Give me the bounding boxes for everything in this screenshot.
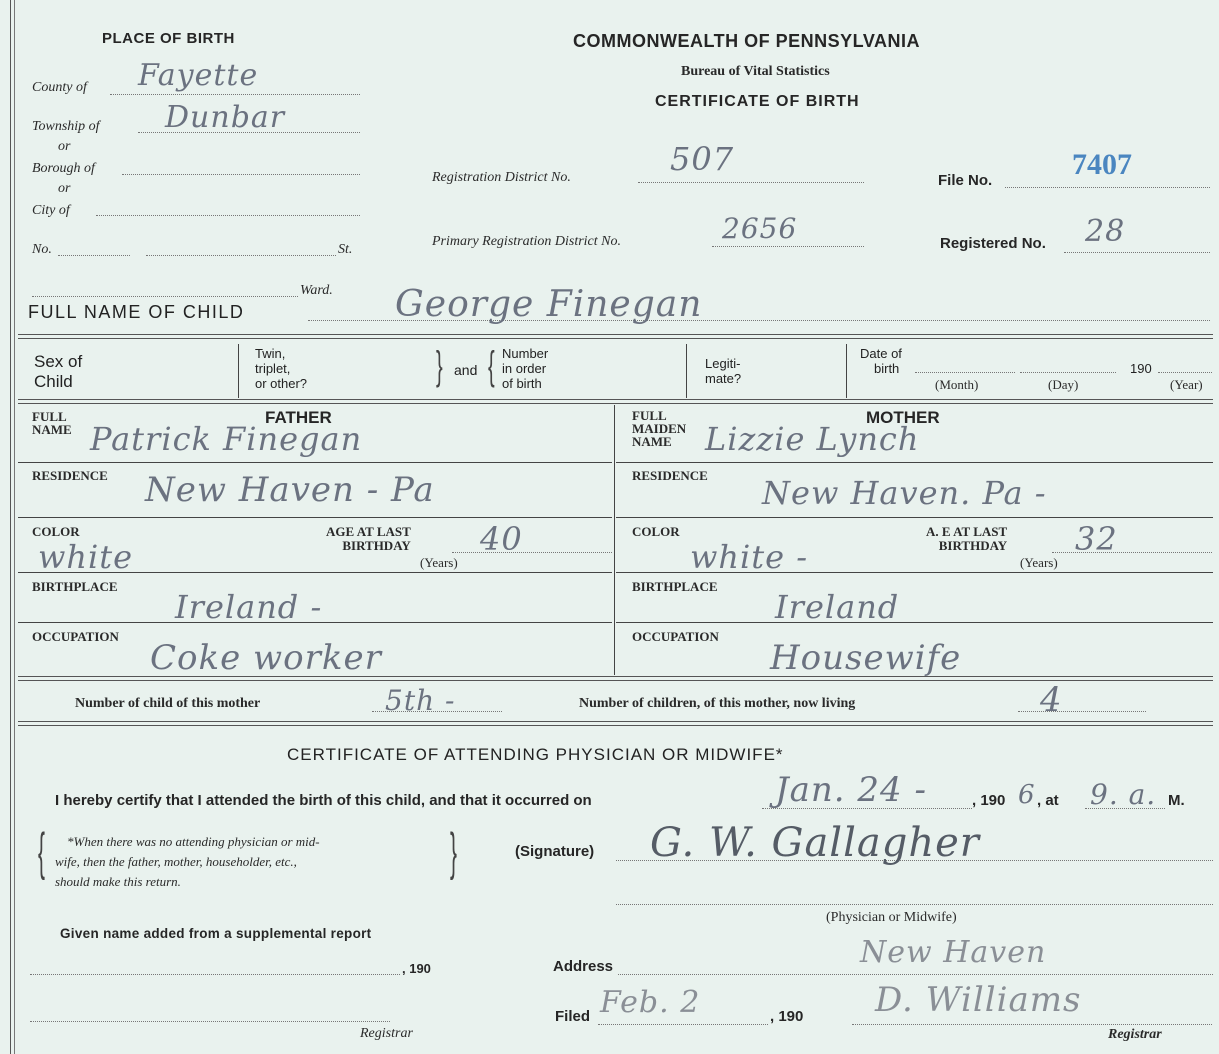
children-living-line	[1018, 711, 1146, 712]
right-brace-icon: }	[450, 826, 457, 878]
row-divider	[18, 462, 612, 463]
mother-color-value[interactable]: white -	[690, 538, 808, 576]
certificate-title: CERTIFICATE OF BIRTH	[655, 93, 860, 111]
no-physician-note: *When there was no attending physician o…	[55, 832, 320, 892]
father-birthplace-label: BIRTHPLACE	[32, 579, 118, 595]
primary-district-line	[712, 246, 864, 247]
registrar-caption: Registrar	[1108, 1027, 1162, 1043]
column-divider	[238, 344, 239, 398]
filed-date-value[interactable]: Feb. 2	[600, 985, 700, 1020]
section-divider	[18, 721, 1213, 726]
birth-time-value[interactable]: 9. a.	[1090, 778, 1156, 811]
dob-month-line[interactable]	[915, 372, 1015, 373]
mother-age-value[interactable]: 32	[1075, 520, 1118, 558]
mother-residence-value[interactable]: New Haven. Pa -	[762, 474, 1047, 512]
section-divider	[18, 399, 1213, 404]
registration-district-label: Registration District No.	[432, 170, 571, 186]
registration-district-line	[638, 182, 864, 183]
physician-address-value[interactable]: New Haven	[860, 935, 1046, 970]
physician-certificate-heading: CERTIFICATE OF ATTENDING PHYSICIAN OR MI…	[287, 745, 784, 765]
filed-label: Filed	[555, 1008, 590, 1025]
children-living-label: Number of children, of this mother, now …	[579, 696, 855, 712]
street-number-line[interactable]	[58, 255, 130, 256]
child-number-value[interactable]: 5th -	[385, 684, 455, 717]
father-residence-value[interactable]: New Haven - Pa	[145, 470, 435, 510]
section-divider	[18, 334, 1213, 339]
ward-label: Ward.	[300, 283, 333, 299]
filed-year-prefix: , 190	[770, 1008, 803, 1025]
bureau-name: Bureau of Vital Statistics	[681, 64, 830, 80]
father-occupation-label: OCCUPATION	[32, 629, 119, 645]
legitimate-label: Legiti-mate?	[705, 356, 741, 386]
date-of-birth-label: Date ofbirth	[860, 346, 902, 376]
father-age-label: AGE AT LASTBIRTHDAY	[326, 525, 411, 553]
year-caption: (Year)	[1170, 377, 1203, 393]
physician-role-caption: (Physician or Midwife)	[826, 910, 957, 926]
address-line	[618, 974, 1213, 975]
mother-age-caption: (Years)	[1020, 555, 1058, 571]
row-divider	[616, 572, 1213, 573]
ward-line[interactable]	[32, 296, 298, 297]
twin-triplet-label: Twin,triplet,or other?	[255, 346, 307, 391]
street-name-line[interactable]	[146, 255, 336, 256]
certify-statement: I hereby certify that I attended the bir…	[55, 792, 592, 809]
father-residence-label: RESIDENCE	[32, 468, 108, 484]
registered-number-value[interactable]: 28	[1085, 214, 1125, 249]
registered-number-line	[1064, 252, 1210, 253]
primary-district-label: Primary Registration District No.	[432, 234, 621, 250]
supplemental-label: Given name added from a supplemental rep…	[60, 926, 371, 941]
day-caption: (Day)	[1048, 377, 1078, 393]
city-line[interactable]	[96, 215, 360, 216]
signature-line-2	[616, 904, 1213, 905]
father-birthplace-value[interactable]: Ireland -	[175, 588, 322, 626]
mother-occupation-label: OCCUPATION	[632, 629, 719, 645]
left-brace-icon: {	[488, 346, 495, 386]
supplemental-registrar-line[interactable]	[30, 1021, 390, 1022]
child-name-value[interactable]: George Finegan	[395, 284, 702, 325]
filed-date-line	[598, 1024, 768, 1025]
at-label: , at	[1037, 792, 1059, 809]
township-label: Township of	[32, 119, 100, 135]
father-age-line	[452, 552, 612, 553]
father-name-value[interactable]: Patrick Finegan	[90, 420, 362, 458]
dob-day-line[interactable]	[1020, 372, 1116, 373]
file-number-stamp[interactable]: 7407	[1072, 148, 1132, 182]
section-divider	[18, 676, 1213, 681]
birth-year-prefix: , 190	[972, 792, 1005, 809]
mother-occupation-value[interactable]: Housewife	[770, 638, 961, 678]
column-divider	[846, 344, 847, 398]
right-brace-icon: }	[436, 346, 443, 386]
column-divider	[686, 344, 687, 398]
supplemental-year-prefix: , 190	[402, 961, 431, 976]
left-brace-icon: {	[38, 826, 45, 878]
street-number-label: No.	[32, 242, 52, 258]
borough-line[interactable]	[122, 174, 360, 175]
birth-date-value[interactable]: Jan. 24 -	[775, 770, 927, 810]
row-divider	[18, 517, 612, 518]
row-divider	[616, 462, 1213, 463]
father-occupation-value[interactable]: Coke worker	[150, 638, 382, 678]
address-label: Address	[553, 958, 613, 975]
physician-signature[interactable]: G. W. Gallagher	[650, 820, 980, 866]
document-title: COMMONWEALTH OF PENNSYLVANIA	[573, 31, 920, 52]
row-divider	[18, 572, 612, 573]
dob-year-prefix: 190	[1130, 361, 1152, 376]
father-full-name-label: FULLNAME	[32, 410, 72, 436]
county-line	[110, 94, 360, 95]
supplemental-name-line[interactable]	[30, 974, 400, 975]
child-number-label: Number of child of this mother	[75, 696, 260, 712]
county-label: County of	[32, 80, 87, 96]
parents-column-divider	[614, 405, 615, 675]
county-value[interactable]: Fayette	[138, 58, 258, 93]
mother-color-label: COLOR	[632, 524, 680, 540]
month-caption: (Month)	[935, 377, 978, 393]
child-name-label: FULL NAME OF CHILD	[28, 302, 244, 323]
meridiem-label: M.	[1168, 792, 1185, 809]
birth-year-value[interactable]: 6	[1018, 780, 1036, 810]
mother-full-maiden-name-label: FULLMAIDENNAME	[632, 409, 686, 448]
registration-district-value[interactable]: 507	[670, 140, 734, 178]
place-of-birth-heading: PLACE OF BIRTH	[102, 30, 235, 47]
birth-order-label: Numberin orderof birth	[502, 346, 548, 391]
signature-label: (Signature)	[515, 843, 594, 860]
or-label: or	[58, 181, 70, 197]
dob-year-line[interactable]	[1158, 372, 1212, 373]
sex-of-child-label: Sex ofChild	[34, 352, 82, 392]
or-label: or	[58, 139, 70, 155]
mother-age-label: A. E AT LASTBIRTHDAY	[926, 525, 1007, 553]
registrar-line	[852, 1024, 1212, 1025]
father-color-value[interactable]: white	[38, 538, 133, 576]
father-age-caption: (Years)	[420, 555, 458, 571]
borough-label: Borough of	[32, 161, 95, 177]
children-living-value[interactable]: 4	[1040, 680, 1063, 720]
and-label: and	[454, 362, 477, 378]
mother-residence-label: RESIDENCE	[632, 468, 708, 484]
city-label: City of	[32, 203, 70, 219]
street-label: St.	[338, 242, 352, 258]
file-number-line	[1005, 187, 1210, 188]
row-divider	[616, 517, 1213, 518]
mother-birthplace-label: BIRTHPLACE	[632, 579, 718, 595]
row-divider	[18, 622, 612, 623]
registrar-signature[interactable]: D. Williams	[875, 980, 1081, 1020]
mother-name-value[interactable]: Lizzie Lynch	[705, 420, 919, 458]
row-divider	[616, 622, 1213, 623]
registered-number-label: Registered No.	[940, 235, 1046, 252]
father-age-value[interactable]: 40	[480, 520, 523, 558]
left-margin-rule	[10, 0, 15, 1054]
primary-district-value[interactable]: 2656	[722, 212, 797, 245]
supplemental-registrar-caption: Registrar	[360, 1026, 413, 1042]
township-value[interactable]: Dunbar	[165, 100, 285, 135]
file-number-label: File No.	[938, 172, 992, 189]
mother-birthplace-value[interactable]: Ireland	[775, 588, 899, 626]
